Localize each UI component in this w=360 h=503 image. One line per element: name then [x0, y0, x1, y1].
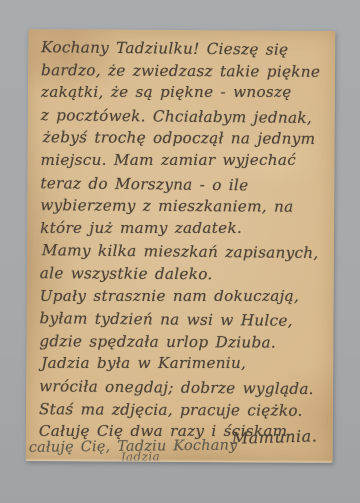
letter-line: wróciła onegdaj; dobrze wygląda.	[39, 375, 327, 401]
letter-line: które już mamy zadatek.	[40, 217, 328, 240]
letter-line: żebyś trochę odpoczął na jednym	[43, 127, 329, 151]
letter-line: wybierzemy z mieszkaniem, na	[40, 194, 328, 218]
letter-line: Mamy kilka mieszkań zapisanych,	[42, 239, 328, 265]
letter-line: z pocztówek. Chciałabym jednak,	[41, 104, 329, 130]
photo-background: Kochany Tadziulku! Cieszę się bardzo, że…	[0, 0, 360, 503]
letter-line: gdzie spędzała urlop Dziuba.	[39, 330, 327, 354]
letter-line: Staś ma zdjęcia, pracuje ciężko.	[39, 398, 327, 422]
letter-body: Kochany Tadziulku! Cieszę się bardzo, że…	[26, 29, 336, 445]
signature-mamunia: Mamunia.	[231, 426, 317, 447]
letter-line: teraz do Morszyna - o ile	[40, 172, 328, 198]
letter-line: Jadzia była w Karimeniu,	[41, 352, 327, 375]
letter-line: Upały strasznie nam dokuczają,	[40, 285, 328, 308]
letter-line: ale wszystkie daleko.	[40, 262, 328, 286]
letter-line: bardzo, że zwiedzasz takie piękne	[41, 59, 329, 83]
letter-line: zakątki, że są piękne - wnoszę	[41, 81, 329, 104]
letter-line: Kochany Tadziulku! Cieszę się	[41, 36, 329, 62]
letter-line: miejscu. Mam zamiar wyjechać	[41, 149, 329, 172]
postcard: Kochany Tadziulku! Cieszę się bardzo, że…	[26, 29, 336, 463]
signature-jadzia: Jadzia	[121, 449, 161, 463]
letter-line: byłam tydzień na wsi w Hulce,	[39, 307, 327, 333]
